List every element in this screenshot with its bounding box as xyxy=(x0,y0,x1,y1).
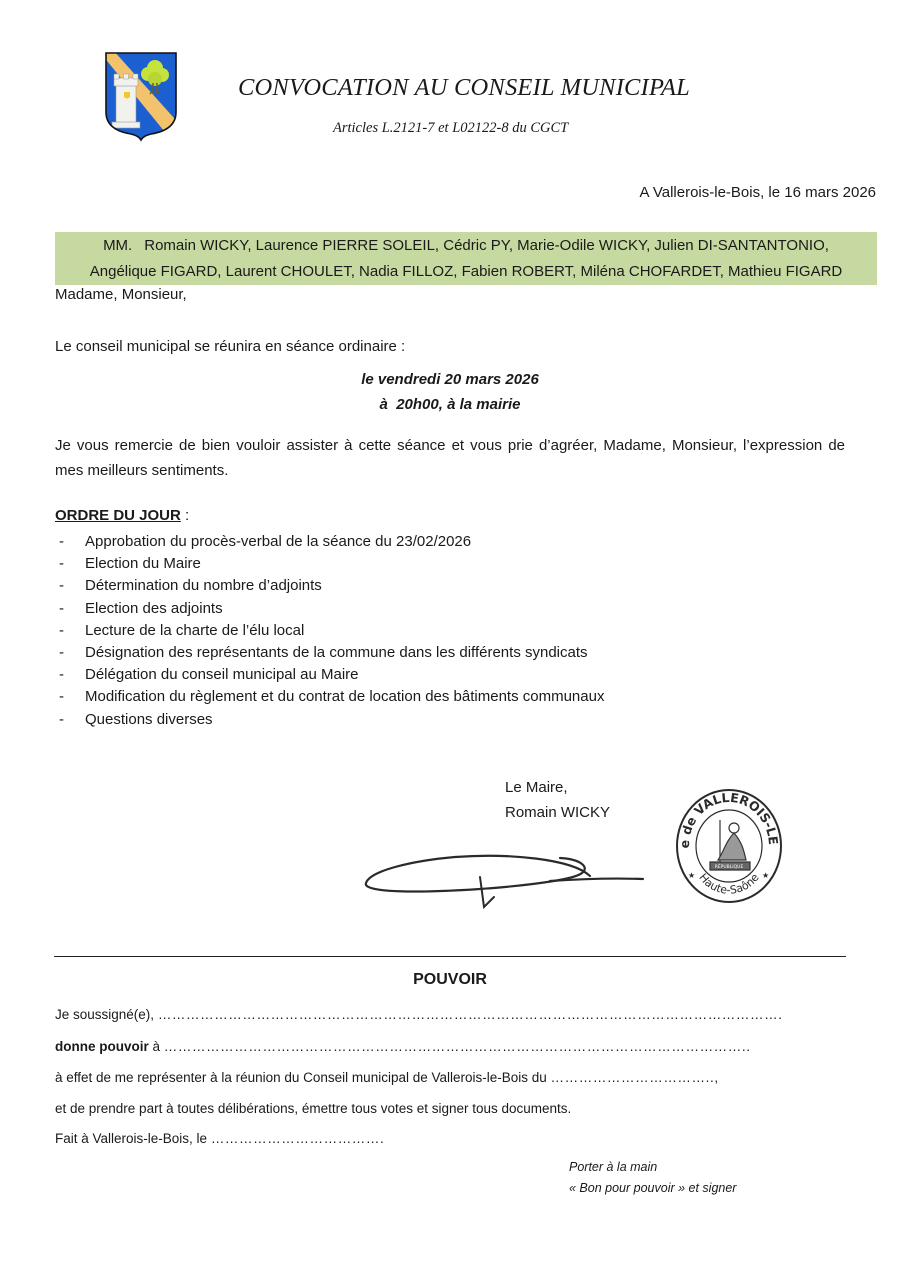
recipients-line-2: Angélique FIGARD, Laurent CHOULET, Nadia… xyxy=(55,259,877,285)
bullet-dash: - xyxy=(59,709,64,731)
svg-text:Haute-Saône: Haute-Saône xyxy=(696,871,761,897)
star-icon: ★ xyxy=(762,871,769,880)
grantee-label-bold: donne pouvoir xyxy=(55,1039,149,1054)
bullet-dash: - xyxy=(59,686,64,708)
document-title: CONVOCATION AU CONSEIL MUNICIPAL xyxy=(238,74,690,102)
intro-text: Le conseil municipal se réunira en séanc… xyxy=(55,338,405,355)
proxy-line-scope: et de prendre part à toutes délibération… xyxy=(55,1101,571,1116)
agenda-item: -Détermination du nombre d’adjoints xyxy=(55,575,604,597)
section-divider xyxy=(54,956,846,957)
recipients-prefix: MM. xyxy=(103,237,132,254)
agenda-title-colon: : xyxy=(181,507,189,524)
proxy-line-grantee: donne pouvoir à ………………………………………………………………… xyxy=(55,1039,751,1054)
session-time: à 20h00, à la mairie xyxy=(0,396,900,413)
agenda-title: ORDRE DU JOUR : xyxy=(55,507,189,524)
bullet-dash: - xyxy=(59,531,64,553)
svg-text:Mairie de VALLEROIS-LE-BOIS: Mairie de VALLEROIS-LE-BOIS xyxy=(674,786,781,849)
bon-pour-pouvoir-note: « Bon pour pouvoir » et signer xyxy=(569,1181,736,1195)
agenda-item: -Désignation des représentants de la com… xyxy=(55,642,604,664)
place-and-date: A Vallerois-le-Bois, le 16 mars 2026 xyxy=(640,184,877,201)
proxy-line-meeting: à effet de me représenter à la réunion d… xyxy=(55,1070,719,1085)
document-subtitle: Articles L.2121-7 et L02122-8 du CGCT xyxy=(333,120,568,137)
bullet-dash: - xyxy=(59,620,64,642)
agenda-item: -Délégation du conseil municipal au Mair… xyxy=(55,664,604,686)
grantor-label: Je soussigné(e), xyxy=(55,1007,158,1022)
handwritten-signature-icon xyxy=(360,843,660,918)
bullet-dash: - xyxy=(59,598,64,620)
stamp-bottom-text: Haute-Saône xyxy=(696,871,761,897)
star-icon: ★ xyxy=(688,871,695,880)
recipients-names-1: Romain WICKY, Laurence PIERRE SOLEIL, Cé… xyxy=(144,237,829,254)
proxy-form-title: POUVOIR xyxy=(0,971,900,989)
proxy-line-place-date: Fait à Vallerois-le-Bois, le ……………………………… xyxy=(55,1131,384,1146)
agenda-item: -Election du Maire xyxy=(55,553,604,575)
session-date: le vendredi 20 mars 2026 xyxy=(0,371,900,388)
meeting-date-field[interactable]: …………………………….., xyxy=(551,1070,719,1085)
stamp-top-text: Mairie de VALLEROIS-LE-BOIS xyxy=(674,786,781,849)
agenda-item: -Questions diverses xyxy=(55,709,604,731)
agenda-item: -Election des adjoints xyxy=(55,598,604,620)
bullet-dash: - xyxy=(59,642,64,664)
closing-text: Je vous remercie de bien vouloir assiste… xyxy=(55,433,845,483)
bullet-dash: - xyxy=(59,553,64,575)
grantee-name-field[interactable]: …………………………………………………………………………………………………………… xyxy=(164,1039,751,1054)
salutation: Madame, Monsieur, xyxy=(55,286,187,303)
coat-of-arms-icon xyxy=(103,50,179,142)
place-date-label: Fait à Vallerois-le-Bois, le xyxy=(55,1131,211,1146)
recipients-box: MM.Romain WICKY, Laurence PIERRE SOLEIL,… xyxy=(55,232,877,285)
agenda-list: -Approbation du procès-verbal de la séan… xyxy=(55,531,604,731)
agenda-item: -Modification du règlement et du contrat… xyxy=(55,686,604,708)
recipients-line-1: MM.Romain WICKY, Laurence PIERRE SOLEIL,… xyxy=(55,233,877,259)
meeting-label: à effet de me représenter à la réunion d… xyxy=(55,1070,551,1085)
bullet-dash: - xyxy=(59,575,64,597)
mayor-name: Romain WICKY xyxy=(505,804,610,821)
mayor-title: Le Maire, xyxy=(505,779,568,796)
proxy-line-grantor: Je soussigné(e), ……………………………………………………………… xyxy=(55,1007,783,1022)
agenda-item: -Approbation du procès-verbal de la séan… xyxy=(55,531,604,553)
handwrite-note: Porter à la main xyxy=(569,1160,657,1174)
signing-date-field[interactable]: ………………………………. xyxy=(211,1131,385,1146)
grantor-name-field[interactable]: …………………………………………………………………………………………………………… xyxy=(158,1007,783,1022)
grantee-label: à xyxy=(149,1039,164,1054)
official-stamp-icon: Mairie de VALLEROIS-LE-BOIS Haute-Saône … xyxy=(674,786,784,904)
agenda-title-text: ORDRE DU JOUR xyxy=(55,507,181,524)
bullet-dash: - xyxy=(59,664,64,686)
agenda-item: -Lecture de la charte de l’élu local xyxy=(55,620,604,642)
